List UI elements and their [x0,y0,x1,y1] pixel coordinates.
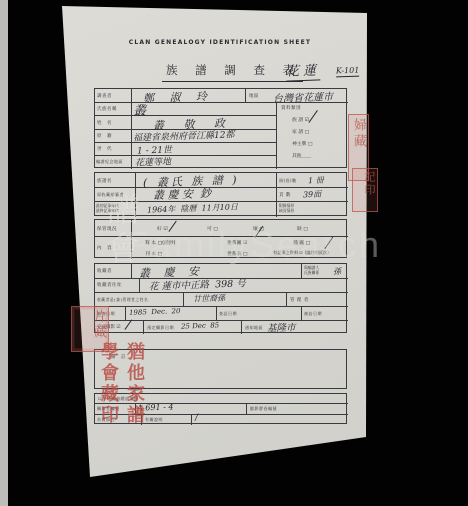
relation-value: 孫 [333,266,341,277]
scanner-edge-strip [0,0,8,506]
investigator-label: 調查者 [97,93,112,99]
settle-area-value: 花蓮等地 [135,154,171,168]
generations-label: 世 代 [97,146,112,152]
section-identification: 調查者 鄭 淑 玲 地區 台灣省花蓮市 氏族名稱 叢 姓 名 叢 敬 政 原 籍… [94,88,347,168]
manager-name-value: 廿世裔孫 [193,292,225,304]
film-date-label: 預定攝影日期 [147,325,174,331]
holder-address-value: 花 蓮市中正路 398 号 [149,275,246,292]
material-type-option-ancestral-tablet: 神主牌 □ [292,140,312,147]
relation-label: 與編譜人 氏族關係 [304,266,319,275]
material-type-option-other: 其他＿＿ [292,152,311,159]
verify-date-label: 查証日期 [219,311,237,317]
microfilm-frame: CLAN GENEALOGY IDENTIFICATION SHEET 族 譜 … [0,0,468,506]
area-value: 台灣省花蓮市 [273,88,333,105]
note-label: 有關說明 [145,417,163,423]
appendix-label-line2: 缺頁情形 [279,209,294,214]
area-label: 地區 [249,93,259,99]
note-value: / [195,413,198,423]
material-type-label: 資料類別 [281,105,301,111]
notify-area-value: 基隆市 [267,320,296,335]
origin-label: 原 籍 [97,133,112,139]
document-paper: CLAN GENEALOGY IDENTIFICATION SHEET 族 譜 … [0,0,468,506]
familysearch-watermark: FamilySearch [126,224,382,266]
annotation-place: 花蓮 [286,59,321,81]
section-holder-survey: 收藏者 叢 慶 安 與編譜人 氏族關係 孫 收藏者住址 花 蓮市中正路 398 … [94,263,347,333]
roll-number-label: 縮影膠卷編號 [250,406,277,412]
investigator-value: 鄭 淑 玲 [143,88,214,106]
material-type-option-genealogy: 族 譜 ☑ [292,116,309,123]
archive-seal-right-middle: 記印 [352,168,378,212]
manager-name-label: 收藏者是(兼)管理者之姓名 [97,297,148,303]
material-type-option-family-record: 家 譜 □ [292,128,309,135]
notify-area-label: 通知地區 [245,325,263,331]
appendix-label: 附錄情形 缺頁情形 [279,204,294,213]
settle-area-label: 編譜紀念地區 [96,159,123,165]
relation-label-line2: 氏族關係 [304,271,319,276]
person-name-label: 姓 名 [97,120,112,126]
film-date-value: 25 Dec 85 [181,321,219,330]
volume-label: 冊(卷)數 [279,178,297,184]
clan-name-value: 叢 [133,100,147,119]
volume-value: 1 冊 [308,175,324,187]
revisit-date-label: 複訪日期 [304,311,322,317]
annotation-code: K-101 [336,66,360,78]
archive-seal-left-large: 猶他家譜學會藏印 [95,342,147,426]
clan-name-label: 氏族名稱 [97,106,117,112]
record-dates-value: 1964年 陰曆 11月10日 [147,201,238,215]
check-slash [308,110,318,123]
pages-value: 39面 [303,189,322,201]
compiler-value: 叢 慶 安 鈔 [153,185,212,203]
manager-label: 管 理 者 [290,297,309,303]
pages-label: 頁 數 [279,192,291,198]
survey-date-value: 1985 Dec. 20 [129,307,181,317]
document-title-english: CLAN GENEALOGY IDENTIFICATION SHEET [110,39,330,46]
document-title-chinese: 族 譜 調 查 表 [162,62,303,82]
genealogy-title-label: 族譜名 [97,178,112,184]
holder-address-label: 收藏者住址 [97,282,122,288]
check-slash [124,319,132,330]
